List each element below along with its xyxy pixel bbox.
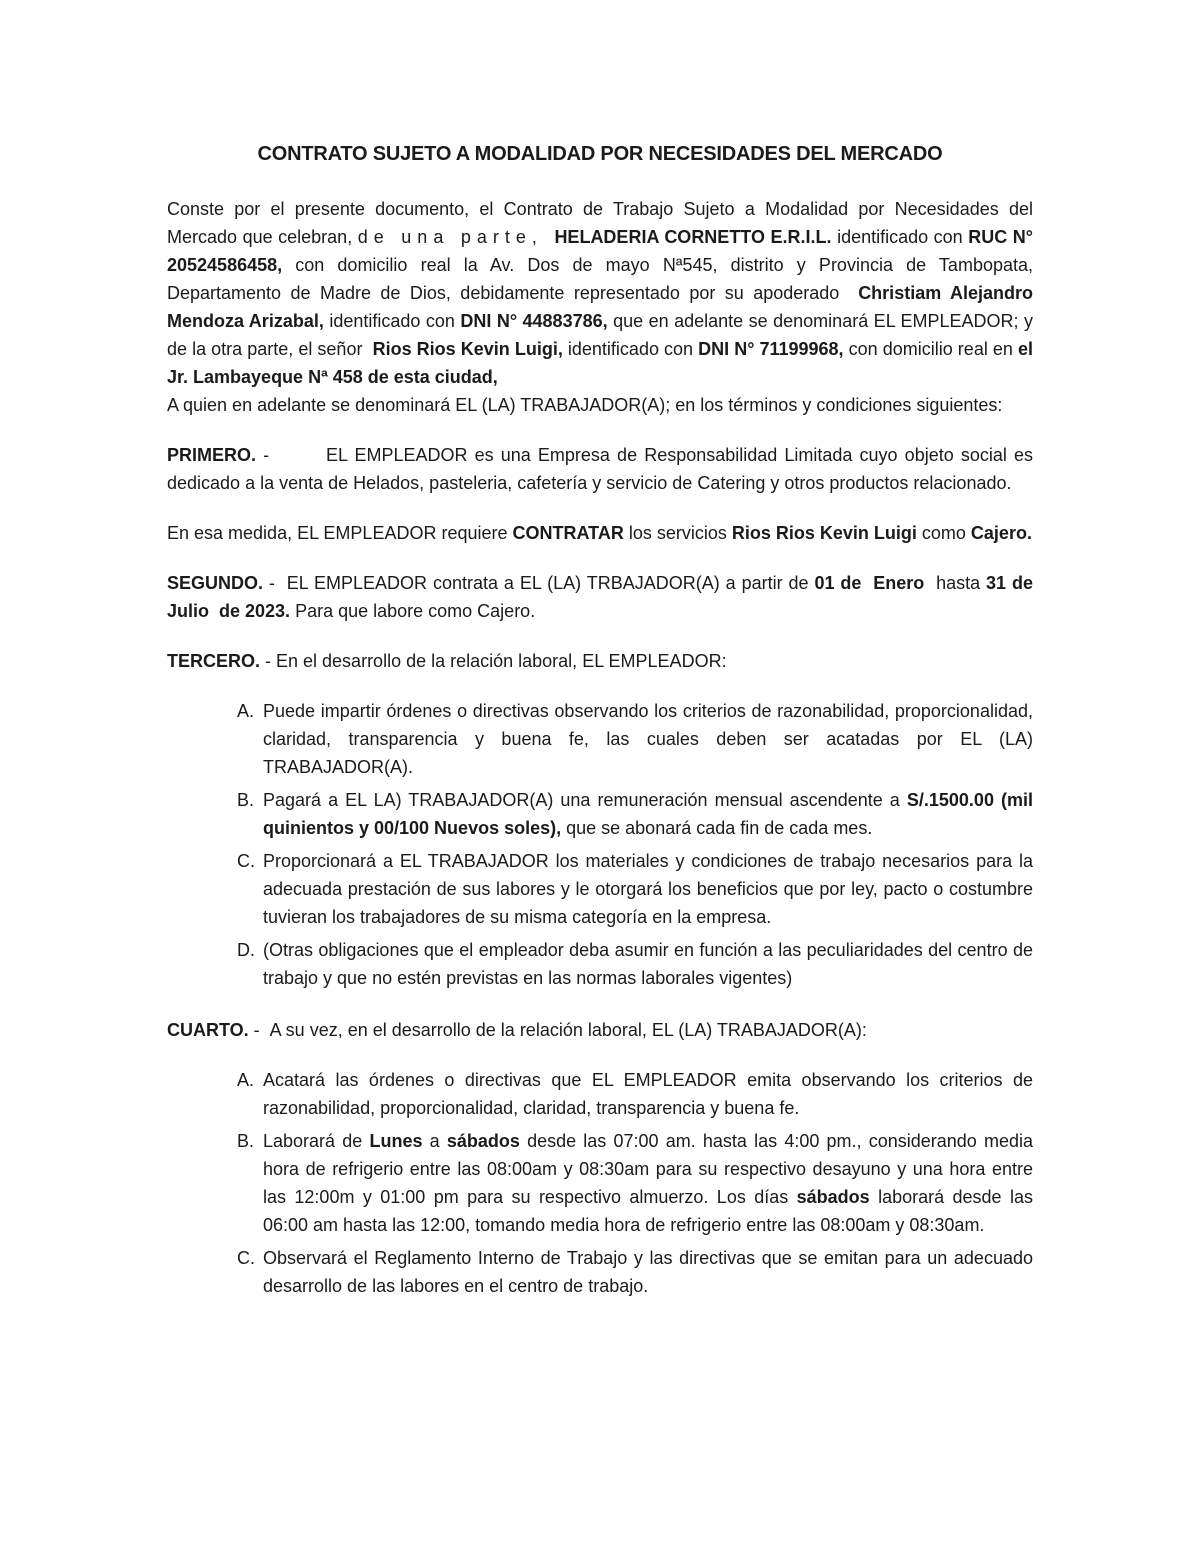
- list-item: B.Laborará de Lunes a sábados desde las …: [167, 1127, 1033, 1239]
- list-item-text: Observará el Reglamento Interno de Traba…: [263, 1244, 1033, 1300]
- text-run: DNI N° 71199968,: [698, 339, 843, 359]
- clause-cuarto: CUARTO. - A su vez, en el desarrollo de …: [167, 1016, 1033, 1044]
- text-run: con domicilio real en: [844, 339, 1018, 359]
- text-run: Pagará a EL LA) TRABAJADOR(A) una remune…: [263, 790, 907, 810]
- text-run: PRIMERO.: [167, 445, 256, 465]
- list-item-text: Puede impartir órdenes o directivas obse…: [263, 697, 1033, 781]
- text-run: Para que labore como Cajero.: [290, 601, 535, 621]
- list-item-text: (Otras obligaciones que el empleador deb…: [263, 936, 1033, 992]
- list-item-marker: A.: [237, 1066, 263, 1122]
- list-item-marker: B.: [237, 1127, 263, 1239]
- text-run: Acatará las órdenes o directivas que EL …: [263, 1070, 1033, 1118]
- list-item-text: Laborará de Lunes a sábados desde las 07…: [263, 1127, 1033, 1239]
- text-run: CUARTO.: [167, 1020, 249, 1040]
- text-run: HELADERIA CORNETTO E.R.I.L.: [554, 227, 831, 247]
- list-item-text: Pagará a EL LA) TRABAJADOR(A) una remune…: [263, 786, 1033, 842]
- text-run: - EL EMPLEADOR contrata a EL (LA) TRBAJA…: [263, 573, 814, 593]
- list-item: A.Acatará las órdenes o directivas que E…: [167, 1066, 1033, 1122]
- text-run: DNI N° 44883786,: [460, 311, 607, 331]
- text-run: Proporcionará a EL TRABAJADOR los materi…: [263, 851, 1033, 927]
- text-run: - A su vez, en el desarrollo de la relac…: [249, 1020, 867, 1040]
- text-run: sábados: [797, 1187, 870, 1207]
- list-item-text: Acatará las órdenes o directivas que EL …: [263, 1066, 1033, 1122]
- clause-tercero: TERCERO. - En el desarrollo de la relaci…: [167, 647, 1033, 675]
- list-item-marker: C.: [237, 847, 263, 931]
- text-run: - EL EMPLEADOR es una Empresa de Respons…: [167, 445, 1033, 493]
- text-run: identificado con: [324, 311, 461, 331]
- intro-paragraph: Conste por el presente documento, el Con…: [167, 195, 1033, 391]
- list-item-marker: A.: [237, 697, 263, 781]
- text-run: hasta: [924, 573, 986, 593]
- document-title: CONTRATO SUJETO A MODALIDAD POR NECESIDA…: [167, 143, 1033, 165]
- text-run: Rios Rios Kevin Luigi,: [373, 339, 563, 359]
- intro-terms-paragraph: A quien en adelante se denominará EL (LA…: [167, 391, 1033, 419]
- list-item: C.Observará el Reglamento Interno de Tra…: [167, 1244, 1033, 1300]
- text-run: Laborará de: [263, 1131, 369, 1151]
- contract-document-page: CONTRATO SUJETO A MODALIDAD POR NECESIDA…: [0, 0, 1200, 1553]
- list-item: D.(Otras obligaciones que el empleador d…: [167, 936, 1033, 992]
- text-run: sábados: [447, 1131, 520, 1151]
- text-run: como: [917, 523, 971, 543]
- text-run: TERCERO.: [167, 651, 260, 671]
- text-run: Rios Rios Kevin Luigi: [732, 523, 917, 543]
- clause-primero: PRIMERO. - EL EMPLEADOR es una Empresa d…: [167, 441, 1033, 497]
- text-run: CONTRATAR: [513, 523, 624, 543]
- text-run: Lunes: [369, 1131, 422, 1151]
- text-run: identificado con: [832, 227, 969, 247]
- text-run: SEGUNDO.: [167, 573, 263, 593]
- text-run: de una parte,: [358, 227, 555, 247]
- clause-en-esa-medida: En esa medida, EL EMPLEADOR requiere CON…: [167, 519, 1033, 547]
- list-item-marker: D.: [237, 936, 263, 992]
- text-run: 01 de Enero: [814, 573, 924, 593]
- list-item: A.Puede impartir órdenes o directivas ob…: [167, 697, 1033, 781]
- text-run: a: [422, 1131, 446, 1151]
- text-run: Observará el Reglamento Interno de Traba…: [263, 1248, 1033, 1296]
- clause-segundo: SEGUNDO. - EL EMPLEADOR contrata a EL (L…: [167, 569, 1033, 625]
- list-item: B.Pagará a EL LA) TRABAJADOR(A) una remu…: [167, 786, 1033, 842]
- text-run: que se abonará cada fin de cada mes.: [561, 818, 872, 838]
- text-run: los servicios: [624, 523, 732, 543]
- text-run: - En el desarrollo de la relación labora…: [260, 651, 727, 671]
- tercero-list: A.Puede impartir órdenes o directivas ob…: [167, 697, 1033, 992]
- document-body: Conste por el presente documento, el Con…: [167, 195, 1033, 1300]
- document-content: CONTRATO SUJETO A MODALIDAD POR NECESIDA…: [167, 143, 1033, 1324]
- cuarto-list: A.Acatará las órdenes o directivas que E…: [167, 1066, 1033, 1300]
- text-run: identificado con: [563, 339, 698, 359]
- list-item-marker: B.: [237, 786, 263, 842]
- list-item: C.Proporcionará a EL TRABAJADOR los mate…: [167, 847, 1033, 931]
- text-run: Cajero.: [971, 523, 1032, 543]
- text-run: A quien en adelante se denominará EL (LA…: [167, 395, 1002, 415]
- list-item-marker: C.: [237, 1244, 263, 1300]
- text-run: Puede impartir órdenes o directivas obse…: [263, 701, 1033, 777]
- text-run: En esa medida, EL EMPLEADOR requiere: [167, 523, 513, 543]
- list-item-text: Proporcionará a EL TRABAJADOR los materi…: [263, 847, 1033, 931]
- text-run: (Otras obligaciones que el empleador deb…: [263, 940, 1033, 988]
